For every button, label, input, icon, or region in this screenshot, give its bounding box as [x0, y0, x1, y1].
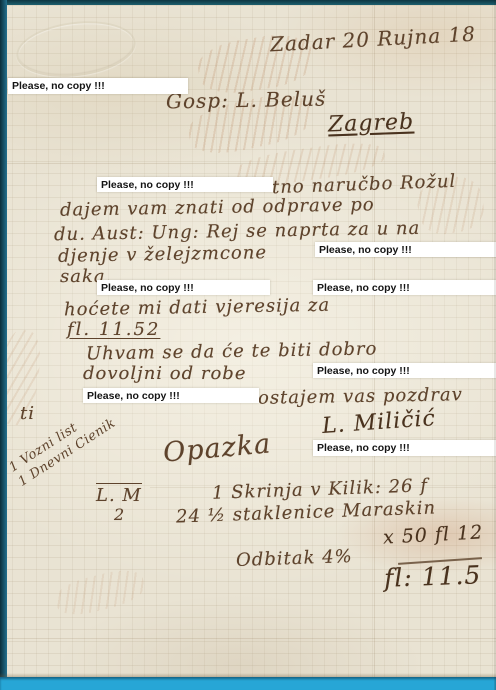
body-line-9: dovoljni od robe	[83, 363, 246, 384]
fold-crease	[0, 638, 496, 639]
no-copy-watermark-8: Please, no copy !!!	[313, 440, 496, 456]
reference-mark-bottom: 2	[114, 505, 125, 524]
no-copy-label: Please, no copy !!!	[8, 80, 105, 92]
city-line: Zagreb	[328, 110, 415, 138]
no-copy-watermark-5: Please, no copy !!!	[313, 280, 496, 295]
reference-mark-top: L. M	[96, 483, 142, 506]
body-line-4: djenje v želejzmcone	[58, 242, 267, 267]
no-copy-watermark-4: Please, no copy !!!	[97, 280, 270, 295]
no-copy-label: Please, no copy !!!	[83, 390, 180, 402]
ink-bleedthrough	[52, 565, 148, 621]
no-copy-watermark-6: Please, no copy !!!	[313, 363, 496, 378]
body-line-8: Uhvam se da će te biti dobro	[86, 338, 378, 364]
embossed-seal	[13, 15, 139, 83]
invoice-deduction: Odbitak 4%	[236, 546, 353, 571]
signature: L. Miličić	[321, 406, 436, 439]
body-line-2: dajem vam znati od odprave po	[60, 194, 375, 220]
letter-photo: Zadar 20 Rujna 18 Gosp: L. Beluš Zagreb …	[0, 0, 496, 690]
body-line-10: ostajem vas pozdrav	[258, 384, 463, 409]
no-copy-label: Please, no copy !!!	[313, 442, 410, 454]
no-copy-watermark-2: Please, no copy !!!	[97, 177, 273, 192]
no-copy-label: Please, no copy !!!	[313, 282, 410, 294]
no-copy-watermark-1: Please, no copy !!!	[8, 78, 188, 94]
invoice-total: fl: 11.5	[384, 560, 482, 592]
body-line-11: ti	[20, 403, 35, 424]
fold-crease	[0, 163, 496, 164]
invoice-item-3: x 50 fl 12	[382, 521, 483, 548]
no-copy-label: Please, no copy !!!	[97, 179, 194, 191]
note-heading: Opazka	[162, 428, 272, 468]
photo-border-top	[0, 0, 496, 5]
no-copy-label: Please, no copy !!!	[315, 244, 412, 256]
no-copy-label: Please, no copy !!!	[313, 365, 410, 377]
no-copy-watermark-7: Please, no copy !!!	[83, 388, 259, 403]
body-line-6: hoćete mi dati vjeresija za	[64, 295, 331, 321]
no-copy-label: Please, no copy !!!	[97, 282, 194, 294]
photo-border-bottom	[0, 677, 496, 690]
photo-border-left	[0, 0, 7, 690]
body-line-7: fl. 11.52	[67, 319, 160, 340]
no-copy-watermark-3: Please, no copy !!!	[315, 242, 496, 257]
recipient-line: Gosp: L. Beluš	[166, 87, 327, 114]
